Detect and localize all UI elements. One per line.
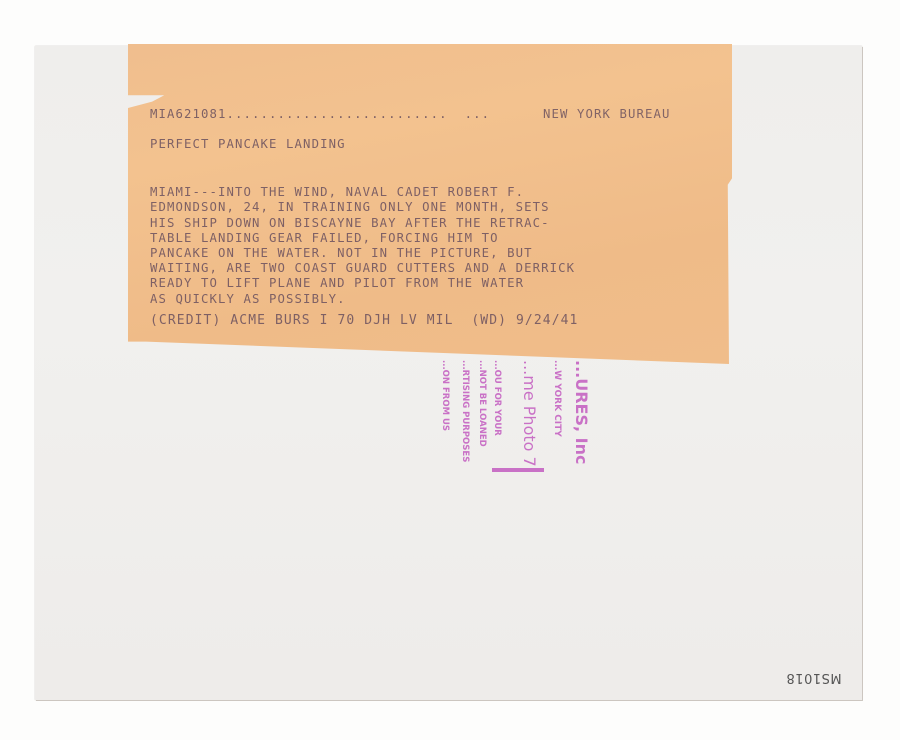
stamp-line: ...me Photo 7 bbox=[520, 360, 539, 467]
bureau-name: NEW YORK BUREAU bbox=[543, 107, 671, 121]
caption-line: WAITING, ARE TWO COAST GUARD CUTTERS AND… bbox=[150, 261, 575, 276]
caption-line: EDMONDSON, 24, IN TRAINING ONLY ONE MONT… bbox=[150, 200, 575, 215]
stamp-line: ...ON FROM US bbox=[440, 360, 450, 431]
stamp-line: ...W YORK CITY bbox=[552, 360, 562, 437]
caption-line: AS QUICKLY AS POSSIBLY. bbox=[150, 292, 575, 307]
caption-line: MIAMI---INTO THE WIND, NAVAL CADET ROBER… bbox=[150, 185, 575, 200]
stamp-rule bbox=[492, 468, 544, 472]
stamp-line: ...RTISING PURPOSES bbox=[460, 360, 470, 462]
caption-line: TABLE LANDING GEAR FAILED, FORCING HIM T… bbox=[150, 231, 575, 246]
handwritten-catalog-number: MS1018 bbox=[786, 670, 842, 685]
credit-line: (CREDIT) ACME BURS I 70 DJH LV MIL (WD) … bbox=[150, 313, 578, 328]
caption-line: READY TO LIFT PLANE AND PILOT FROM THE W… bbox=[150, 276, 575, 291]
photo-id: MIA621081.......................... ... bbox=[150, 107, 490, 122]
caption-line: HIS SHIP DOWN ON BISCAYNE BAY AFTER THE … bbox=[150, 216, 575, 231]
stamp-line: ...NOT BE LOANED bbox=[477, 360, 487, 447]
agency-stamp: ...URES, Inc ...W YORK CITY ...me Photo … bbox=[432, 360, 597, 490]
caption-line: PANCAKE ON THE WATER. NOT IN THE PICTURE… bbox=[150, 246, 575, 261]
stamp-line: ...OU FOR YOUR bbox=[492, 360, 502, 436]
stamp-line: ...URES, Inc bbox=[572, 360, 591, 464]
caption-headline: PERFECT PANCAKE LANDING bbox=[150, 137, 346, 152]
caption-body: MIAMI---INTO THE WIND, NAVAL CADET ROBER… bbox=[150, 170, 575, 322]
